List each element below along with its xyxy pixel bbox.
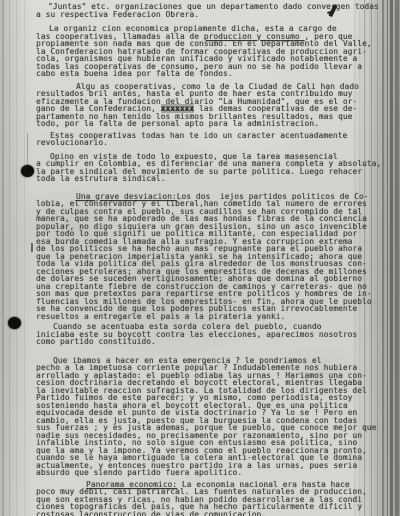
text-line: absurdo que siendo partido fuera apoliti… [36,469,400,477]
text-line: todo, por la falta de personal apto para… [36,120,400,128]
text-line: toda la estrutura sindical. [36,175,400,183]
paragraph-9: Panorama economico: La economia nacional… [36,481,400,516]
text-segment: todo, por la falta de personal apto para… [36,119,319,128]
text-line: costosas laconstruccion de vias de comun… [36,511,400,516]
paragraph-2: La organiz cion economica propiamente di… [36,25,400,78]
paragraph-6: Una grave desviacion:Los dos iejos parti… [36,193,400,321]
text-line: revolucionario. [36,139,400,147]
hole-punch-mark [21,165,34,177]
paragraph-3: Algu as cooperativas, como la de la Ciud… [36,83,400,128]
paragraph-4: Estas cooperativas todas han te ido un c… [36,132,400,147]
text-line: cabo esta buena idea por falta de fondos… [36,70,400,78]
hole-punch-mark [8,317,21,329]
paragraph-8: Que ibamos a hacer en esta emergencia ? … [36,357,400,477]
text-line: como partido constituido. [36,338,400,346]
margin-tick-mark [31,243,33,252]
document-page: "Juntas" etc. organizaciones que un depa… [0,0,400,516]
text-line: a su respectiva Federacion Obrera. [36,11,400,19]
text-segment: toda la estrutura sindical. [36,174,165,183]
text-segment: absurdo que siendo partido fuera apoliti… [36,468,242,477]
text-segment: como partido constituido. [36,337,156,346]
pen-mark [324,3,340,19]
text-segment: revolucionario. [36,138,108,147]
text-segment: a su respectiva Federacion Obrera. [36,10,199,19]
paragraph-1: "Juntas" etc. organizaciones que un depa… [36,3,400,18]
text-segment: costosas laconstruccion de vias de comun… [36,510,266,516]
paragraph-5: Opino en vista de todo lo expuesto, que … [36,153,400,183]
text-segment: resueltos a entregarle el pais a la pira… [36,312,285,321]
paragraph-7: Cuando se acentuaba esta sorda colera de… [36,323,400,346]
text-line: resueltos a entregarle el pais a la pira… [36,313,400,321]
text-segment: cabo esta buena idea por falta de fondos… [36,69,233,78]
